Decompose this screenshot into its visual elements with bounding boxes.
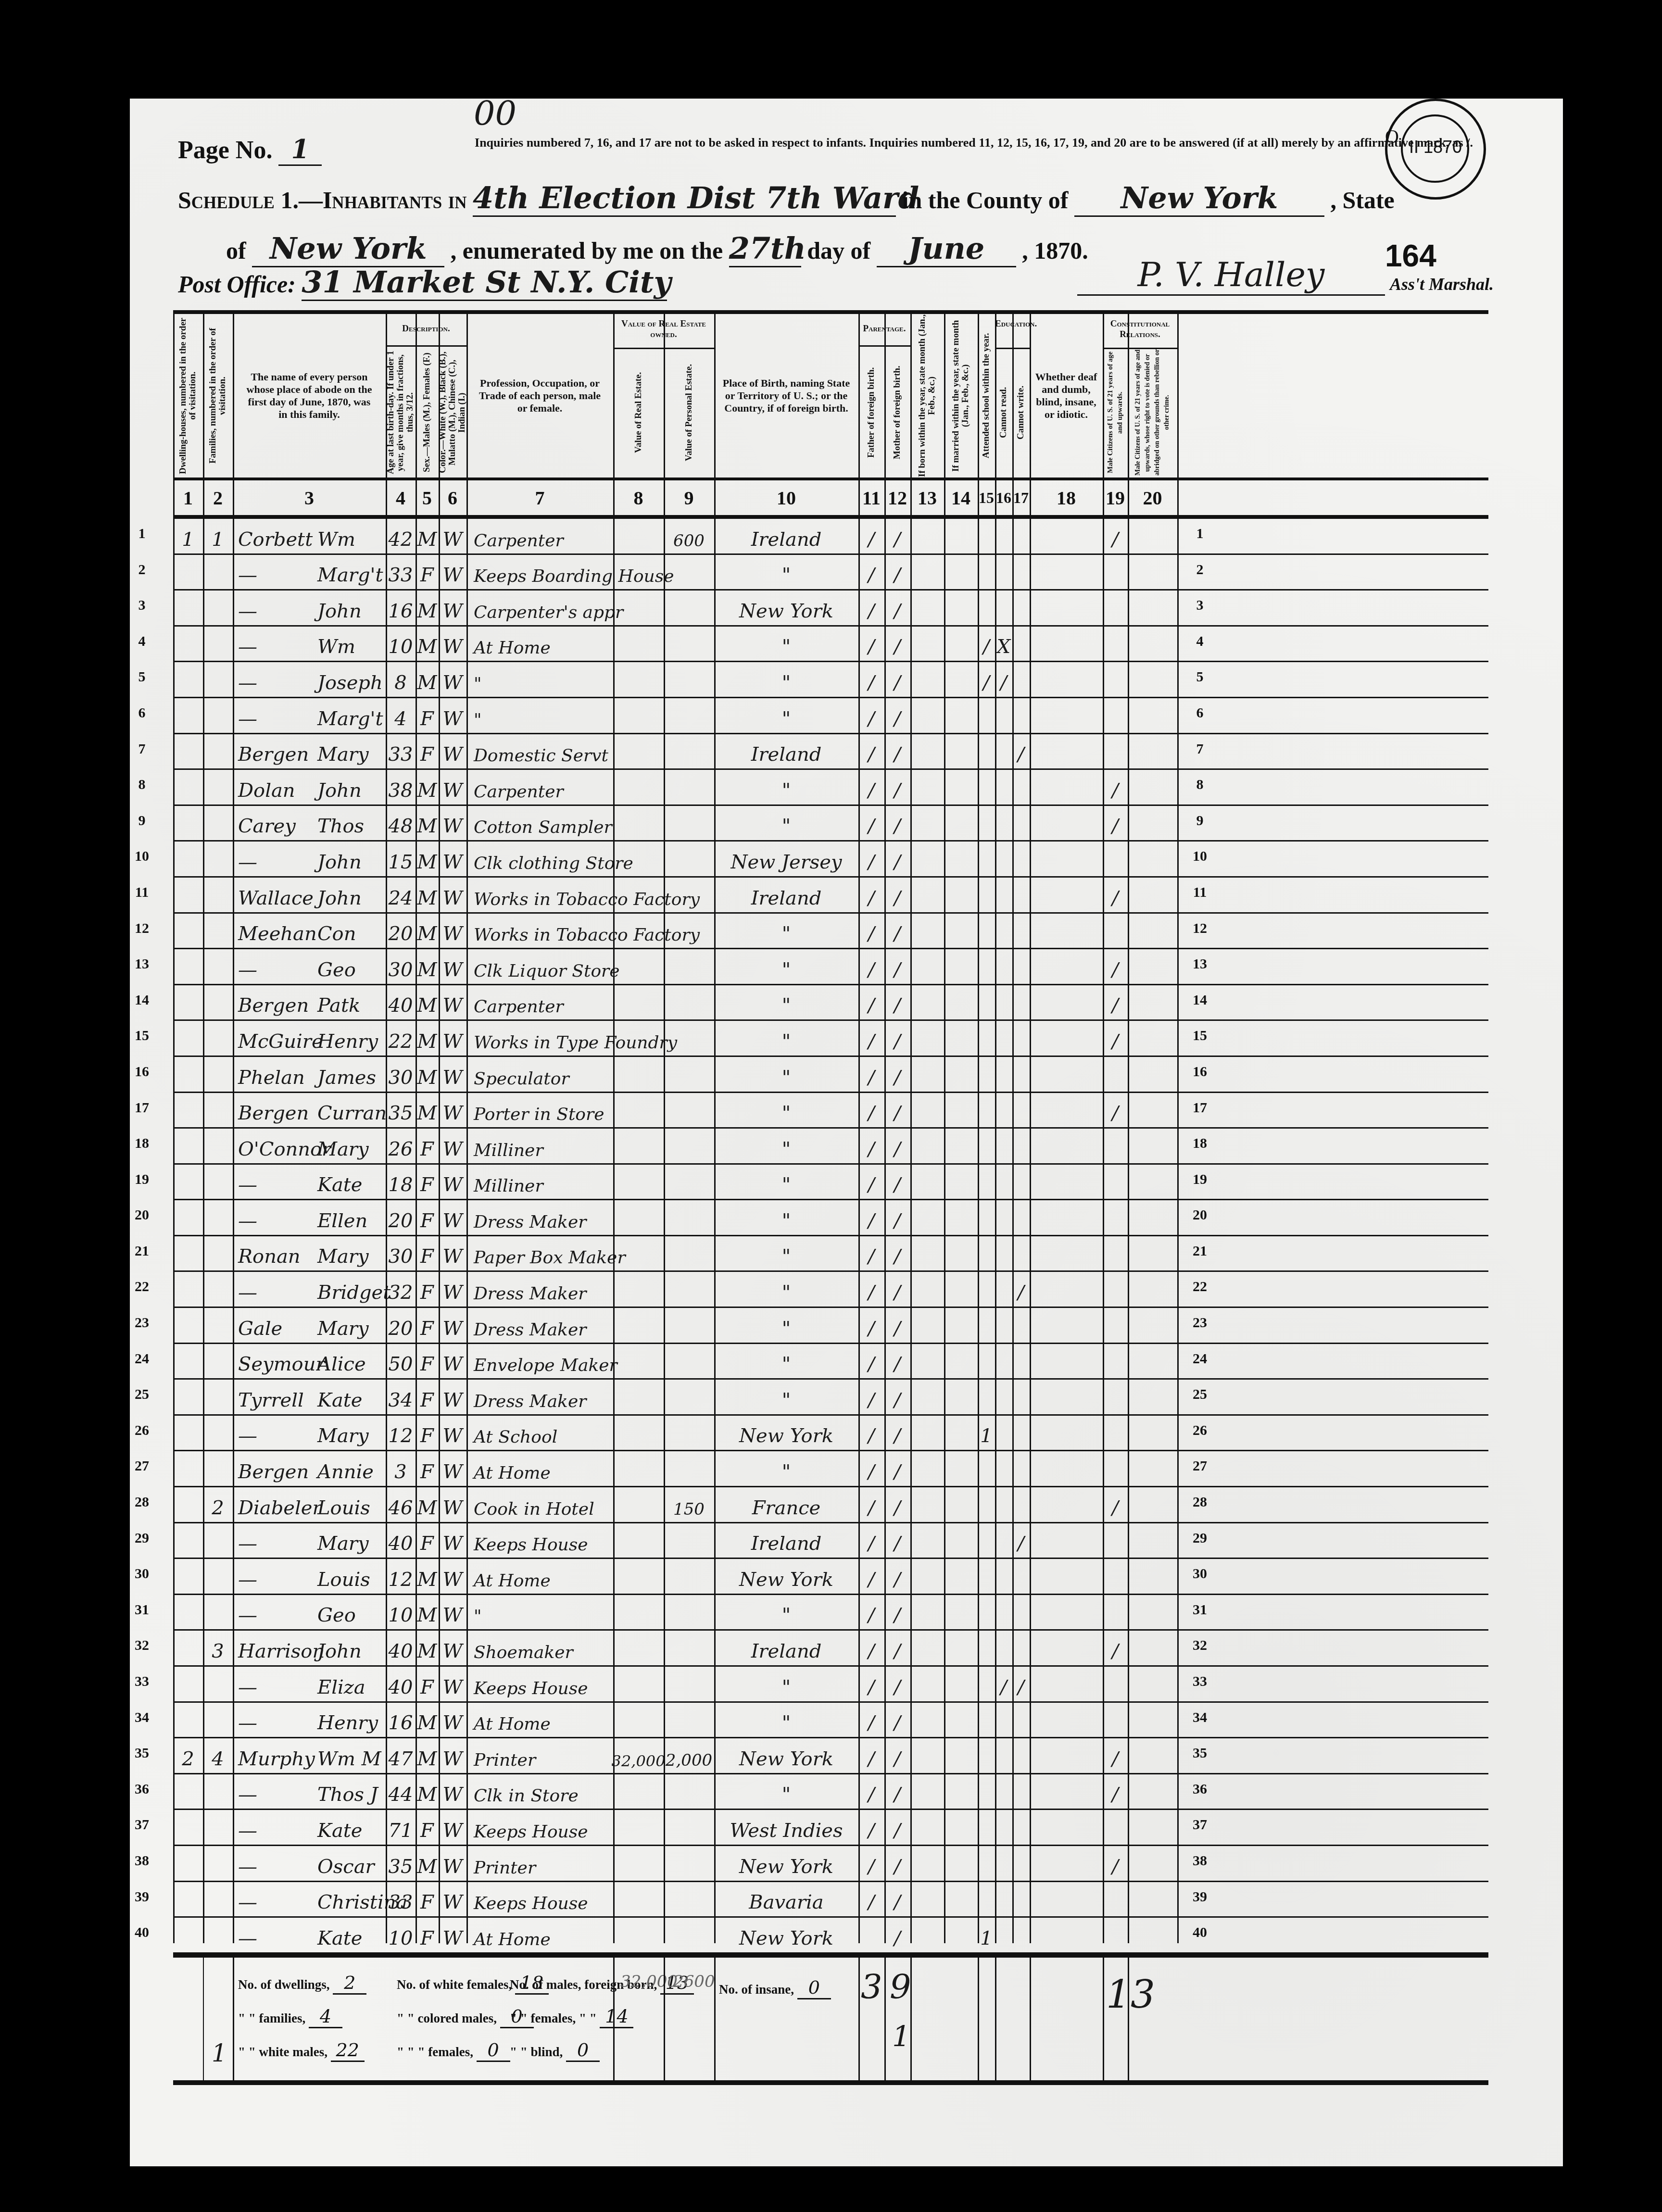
school-mark [978, 949, 995, 984]
school-mark [978, 806, 995, 841]
occupation: " [474, 1595, 613, 1630]
birthplace: " [714, 1200, 858, 1235]
line-number-right: 6 [1185, 705, 1214, 721]
line-number-right: 29 [1185, 1530, 1214, 1546]
footer-mother-foreign-2: 1 [892, 2020, 910, 2054]
color: W [439, 1882, 466, 1917]
citizen-mark [1103, 1272, 1128, 1307]
sex: F [415, 1380, 439, 1414]
family-number [203, 1093, 233, 1128]
color: W [439, 1703, 466, 1737]
sex: F [415, 1308, 439, 1343]
birthplace: " [714, 1667, 858, 1701]
col-num: 10 [714, 480, 858, 515]
occupation: Cook in Hotel [474, 1487, 613, 1522]
cannot-read-mark [995, 698, 1012, 733]
sex: M [415, 770, 439, 804]
surname: Seymour [238, 1344, 320, 1379]
personal-estate-value [664, 1918, 714, 1952]
school-mark [978, 734, 995, 769]
family-number [203, 1559, 233, 1594]
school-mark [978, 555, 995, 590]
footer-total-father-foreign: 3 [861, 1967, 882, 2007]
surname: — [238, 1846, 320, 1881]
color: W [439, 1631, 466, 1665]
school-mark [978, 698, 995, 733]
footer-dwellings: No. of dwellings, 2 [238, 1972, 366, 1995]
father-foreign-mark: / [858, 627, 884, 661]
line-number-left: 13 [127, 956, 156, 972]
father-foreign-mark: / [858, 555, 884, 590]
family-number [203, 627, 233, 661]
page-no-value: 1 [278, 134, 322, 166]
cannot-read-mark [995, 1129, 1012, 1163]
surname: — [238, 591, 320, 625]
real-estate-value [613, 555, 664, 590]
line-number-left: 35 [127, 1745, 156, 1761]
occupation: Domestic Servt [474, 734, 613, 769]
table-header: Dwelling-houses, numbered in the order o… [173, 310, 1488, 480]
occupation: Works in Tobacco Factory [474, 878, 613, 912]
personal-estate-value [664, 591, 714, 625]
line-number-left: 33 [127, 1673, 156, 1690]
mother-foreign-mark: / [884, 1236, 910, 1271]
birthplace: " [714, 1344, 858, 1379]
family-number [203, 1021, 233, 1056]
dwelling-number [173, 1057, 203, 1092]
stamped-page-number: 164 [1385, 238, 1436, 274]
school-mark [978, 519, 995, 553]
age: 20 [386, 1200, 415, 1235]
citizen-mark [1103, 1165, 1128, 1199]
age: 10 [386, 627, 415, 661]
family-number [203, 1272, 233, 1307]
cannot-write-mark [1012, 1344, 1030, 1379]
sex: F [415, 1882, 439, 1917]
given-name: Con [317, 914, 386, 948]
given-name: Thos [317, 806, 386, 841]
personal-estate-value [664, 1057, 714, 1092]
line-number-left: 20 [127, 1207, 156, 1223]
citizen-mark [1103, 1451, 1128, 1486]
line-number-left: 27 [127, 1458, 156, 1474]
occupation: Carpenter's appr [474, 591, 613, 625]
line-number-right: 24 [1185, 1351, 1214, 1367]
color: W [439, 1810, 466, 1845]
cannot-read-mark [995, 1272, 1012, 1307]
mother-foreign-mark: / [884, 1559, 910, 1594]
col-num: 18 [1030, 480, 1103, 515]
birthplace: Bavaria [714, 1882, 858, 1917]
birthplace: " [714, 1774, 858, 1809]
family-number [203, 949, 233, 984]
age: 40 [386, 1667, 415, 1701]
cannot-write-mark [1012, 878, 1030, 912]
color: W [439, 1129, 466, 1163]
table-row: 13 — Geo 30 M W Clk Liquor Store " / / /… [173, 949, 1488, 985]
cannot-write-mark [1012, 1810, 1030, 1845]
dwelling-number [173, 591, 203, 625]
sex: M [415, 1738, 439, 1773]
color: W [439, 627, 466, 661]
school-mark [978, 1129, 995, 1163]
father-foreign-mark: / [858, 1129, 884, 1163]
dwelling-number [173, 1523, 203, 1558]
occupation: Works in Type Foundry [474, 1021, 613, 1056]
marshal-signature: P. V. Halley [1077, 255, 1385, 296]
school-mark [978, 1631, 995, 1665]
family-number [203, 1667, 233, 1701]
col-header-7: Profession, Occupation, or Trade of each… [466, 314, 613, 478]
age: 47 [386, 1738, 415, 1773]
school-mark [978, 1021, 995, 1056]
table-row: 4 — Wm 10 M W At Home " / / / X 4 [173, 627, 1488, 663]
mother-foreign-mark: / [884, 1667, 910, 1701]
page-no-label: Page No. [178, 137, 272, 164]
given-name: Patk [317, 985, 386, 1020]
col-header-3: The name of every person whose place of … [233, 314, 386, 478]
col-header-11: Father of foreign birth. [858, 348, 884, 478]
cannot-write-mark [1012, 1057, 1030, 1092]
line-number-right: 34 [1185, 1709, 1214, 1726]
line-number-right: 16 [1185, 1064, 1214, 1080]
given-name: Ellen [317, 1200, 386, 1235]
cannot-write-mark [1012, 1631, 1030, 1665]
line-number-left: 37 [127, 1817, 156, 1833]
personal-estate-value [664, 698, 714, 733]
cannot-write-mark [1012, 1308, 1030, 1343]
color: W [439, 1165, 466, 1199]
real-estate-value [613, 985, 664, 1020]
table-footer: No. of dwellings, 2 " " families, 4 " " … [173, 1954, 1488, 2085]
sex: M [415, 914, 439, 948]
given-name: John [317, 770, 386, 804]
citizen-mark [1103, 1308, 1128, 1343]
col-num: 4 [386, 480, 415, 515]
cannot-write-mark [1012, 555, 1030, 590]
cannot-read-mark: / [995, 1667, 1012, 1701]
col-header-12: Mother of foreign birth. [884, 348, 910, 478]
line-number-right: 10 [1185, 848, 1214, 865]
citizen-mark [1103, 1236, 1128, 1271]
father-foreign-mark: / [858, 878, 884, 912]
father-foreign-mark: / [858, 1667, 884, 1701]
cannot-write-mark [1012, 627, 1030, 661]
school-mark [978, 1380, 995, 1414]
surname: Bergen [238, 1451, 320, 1486]
dwelling-number [173, 734, 203, 769]
cannot-read-mark [995, 1308, 1012, 1343]
given-name: Geo [317, 949, 386, 984]
dwelling-number [173, 1703, 203, 1737]
school-mark [978, 1093, 995, 1128]
sex: M [415, 806, 439, 841]
occupation: Clk Liquor Store [474, 949, 613, 984]
table-row: 9 Carey Thos 48 M W Cotton Sampler " / /… [173, 806, 1488, 842]
family-number: 1 [203, 519, 233, 553]
personal-estate-value [664, 1882, 714, 1917]
real-estate-value [613, 1523, 664, 1558]
real-estate-value [613, 1308, 664, 1343]
birthplace: " [714, 1021, 858, 1056]
mother-foreign-mark: / [884, 591, 910, 625]
occupation: Dress Maker [474, 1308, 613, 1343]
cannot-read-mark [995, 949, 1012, 984]
father-foreign-mark: / [858, 1344, 884, 1379]
school-mark [978, 1057, 995, 1092]
age: 18 [386, 1165, 415, 1199]
col-num: 9 [664, 480, 714, 515]
mother-foreign-mark: / [884, 806, 910, 841]
cannot-read-mark [995, 1523, 1012, 1558]
line-number-left: 36 [127, 1781, 156, 1797]
personal-estate-value [664, 914, 714, 948]
cannot-write-mark [1012, 949, 1030, 984]
table-row: 24 Seymour Alice 50 F W Envelope Maker "… [173, 1344, 1488, 1380]
given-name: Marg't [317, 698, 386, 733]
real-estate-value [613, 842, 664, 876]
table-row: 32 3 Harrison John 40 M W Shoemaker Irel… [173, 1631, 1488, 1667]
cannot-read-mark [995, 519, 1012, 553]
personal-estate-value [664, 1021, 714, 1056]
table-row: 23 Gale Mary 20 F W Dress Maker " / / 23 [173, 1308, 1488, 1344]
birthplace: New York [714, 1559, 858, 1594]
mother-foreign-mark: / [884, 662, 910, 697]
surname: Bergen [238, 985, 320, 1020]
color: W [439, 1236, 466, 1271]
occupation: At Home [474, 1703, 613, 1737]
family-number [203, 1882, 233, 1917]
real-estate-value [613, 1595, 664, 1630]
personal-estate-value [664, 1380, 714, 1414]
line-number-right: 25 [1185, 1386, 1214, 1403]
footer-white-males: " " white males, 22 [238, 2039, 365, 2062]
school-mark [978, 1272, 995, 1307]
line-number-left: 29 [127, 1530, 156, 1546]
family-number [203, 1918, 233, 1952]
personal-estate-value [664, 1416, 714, 1450]
month-field: June [877, 231, 1016, 267]
family-number [203, 1846, 233, 1881]
citizen-mark [1103, 698, 1128, 733]
birthplace: " [714, 949, 858, 984]
family-number [203, 1595, 233, 1630]
occupation: Keeps House [474, 1810, 613, 1845]
table-row: 25 Tyrrell Kate 34 F W Dress Maker " / /… [173, 1380, 1488, 1416]
real-estate-value [613, 1129, 664, 1163]
color: W [439, 519, 466, 553]
citizen-mark: / [1103, 878, 1128, 912]
age: 38 [386, 770, 415, 804]
line-number-right: 7 [1185, 741, 1214, 757]
occupation: Printer [474, 1846, 613, 1881]
col-header-1: Dwelling-houses, numbered in the order o… [173, 314, 203, 478]
family-number [203, 1416, 233, 1450]
cannot-read-mark [995, 1595, 1012, 1630]
mother-foreign-mark: / [884, 1380, 910, 1414]
surname: Carey [238, 806, 320, 841]
line-number-left: 24 [127, 1351, 156, 1367]
mother-foreign-mark: / [884, 1416, 910, 1450]
col-header-20: Male Citizens of U. S. of 21 years of ag… [1128, 348, 1177, 478]
citizen-mark: / [1103, 1846, 1128, 1881]
real-estate-value [613, 1272, 664, 1307]
line-number-right: 23 [1185, 1315, 1214, 1331]
given-name: Oscar [317, 1846, 386, 1881]
cannot-write-mark [1012, 806, 1030, 841]
birthplace: New York [714, 1846, 858, 1881]
mother-foreign-mark: / [884, 1272, 910, 1307]
birthplace: Ireland [714, 734, 858, 769]
group-description: Description. [386, 324, 466, 347]
father-foreign-mark: / [858, 1093, 884, 1128]
father-foreign-mark: / [858, 842, 884, 876]
occupation: Clk clothing Store [474, 842, 613, 876]
school-mark [978, 985, 995, 1020]
dwelling-number [173, 1882, 203, 1917]
dwelling-number [173, 698, 203, 733]
marshal-label: Ass't Marshal. [1390, 274, 1494, 294]
surname: Phelan [238, 1057, 320, 1092]
mother-foreign-mark: / [884, 555, 910, 590]
table-row: 6 — Marg't 4 F W " " / / 6 [173, 698, 1488, 734]
father-foreign-mark: / [858, 734, 884, 769]
father-foreign-mark: / [858, 1810, 884, 1845]
table-row: 11 Wallace John 24 M W Works in Tobacco … [173, 878, 1488, 914]
occupation: Clk in Store [474, 1774, 613, 1809]
personal-estate-value [664, 1631, 714, 1665]
real-estate-value [613, 770, 664, 804]
citizen-mark [1103, 1810, 1128, 1845]
dwelling-number [173, 1272, 203, 1307]
occupation: Porter in Store [474, 1093, 613, 1128]
age: 4 [386, 698, 415, 733]
color: W [439, 1667, 466, 1701]
sex: M [415, 949, 439, 984]
birthplace: " [714, 985, 858, 1020]
line-number-right: 17 [1185, 1100, 1214, 1116]
table-row: 20 — Ellen 20 F W Dress Maker " / / 20 [173, 1200, 1488, 1236]
table-row: 22 — Bridget 32 F W Dress Maker " / / / … [173, 1272, 1488, 1308]
cannot-read-mark [995, 591, 1012, 625]
birthplace: Ireland [714, 519, 858, 553]
color: W [439, 914, 466, 948]
cannot-read-mark [995, 1810, 1012, 1845]
mother-foreign-mark: / [884, 1738, 910, 1773]
line-number-left: 28 [127, 1494, 156, 1510]
mother-foreign-mark: / [884, 1451, 910, 1486]
personal-estate-value [664, 1272, 714, 1307]
sex: M [415, 1846, 439, 1881]
occupation: Keeps House [474, 1523, 613, 1558]
cannot-write-mark [1012, 698, 1030, 733]
personal-estate-value [664, 1523, 714, 1558]
mother-foreign-mark: / [884, 1882, 910, 1917]
enumeration-line: of New York , enumerated by me on the 27… [226, 231, 1088, 267]
line-number-left: 14 [127, 992, 156, 1008]
line-number-right: 15 [1185, 1028, 1214, 1044]
table-row: 3 — John 16 M W Carpenter's appr New Yor… [173, 591, 1488, 627]
table-row: 28 2 Diabeler Louis 46 M W Cook in Hotel… [173, 1487, 1488, 1523]
col-num: 16 [995, 480, 1012, 515]
surname: Wallace [238, 878, 320, 912]
line-number-right: 14 [1185, 992, 1214, 1008]
col-header-17: Cannot write. [1012, 348, 1030, 478]
footer-foreign-females: " " females, " " 14 [510, 2006, 633, 2028]
mother-foreign-mark: / [884, 914, 910, 948]
dwelling-number [173, 662, 203, 697]
age: 20 [386, 914, 415, 948]
personal-estate-value [664, 1559, 714, 1594]
school-mark [978, 878, 995, 912]
line-number-left: 30 [127, 1566, 156, 1582]
col-num: 11 [858, 480, 884, 515]
sex: M [415, 519, 439, 553]
sex: F [415, 1667, 439, 1701]
family-number [203, 1344, 233, 1379]
family-number: 3 [203, 1631, 233, 1665]
cannot-read-mark [995, 1559, 1012, 1594]
line-number-right: 3 [1185, 597, 1214, 614]
dwelling-number [173, 1846, 203, 1881]
occupation: Keeps Boarding House [474, 555, 613, 590]
personal-estate-value [664, 1810, 714, 1845]
real-estate-value [613, 1093, 664, 1128]
age: 33 [386, 1882, 415, 1917]
col-header-18: Whether deaf and dumb, blind, insane, or… [1030, 314, 1103, 478]
family-number [203, 878, 233, 912]
line-number-left: 17 [127, 1100, 156, 1116]
dwelling-number [173, 949, 203, 984]
given-name: Mary [317, 734, 386, 769]
color: W [439, 949, 466, 984]
mother-foreign-mark: / [884, 1918, 910, 1952]
table-row: 26 — Mary 12 F W At School New York / / … [173, 1416, 1488, 1452]
personal-estate-value [664, 1093, 714, 1128]
occupation: Shoemaker [474, 1631, 613, 1665]
color: W [439, 1021, 466, 1056]
color: W [439, 1523, 466, 1558]
line-number-left: 6 [127, 705, 156, 721]
family-number [203, 1308, 233, 1343]
occupation: " [474, 662, 613, 697]
cannot-read-mark [995, 1451, 1012, 1486]
col-header-8: Value of Real Estate. [613, 348, 664, 478]
personal-estate-value [664, 1451, 714, 1486]
surname: O'Connor [238, 1129, 320, 1163]
birthplace: Ireland [714, 1523, 858, 1558]
line-number-left: 3 [127, 597, 156, 614]
real-estate-value [613, 1846, 664, 1881]
footer-total-personal-estate: 2600 [673, 1972, 715, 1991]
age: 24 [386, 878, 415, 912]
real-estate-value [613, 1882, 664, 1917]
citizen-mark [1103, 627, 1128, 661]
mother-foreign-mark: / [884, 698, 910, 733]
citizen-mark: / [1103, 1631, 1128, 1665]
occupation: Keeps House [474, 1667, 613, 1701]
surname: Bergen [238, 734, 320, 769]
page-number: Page No. 1 [178, 134, 322, 166]
real-estate-value [613, 1810, 664, 1845]
age: 46 [386, 1487, 415, 1522]
occupation: Paper Box Maker [474, 1236, 613, 1271]
surname: Bergen [238, 1093, 320, 1128]
real-estate-value [613, 1236, 664, 1271]
family-number [203, 734, 233, 769]
personal-estate-value [664, 1774, 714, 1809]
cannot-write-mark [1012, 770, 1030, 804]
